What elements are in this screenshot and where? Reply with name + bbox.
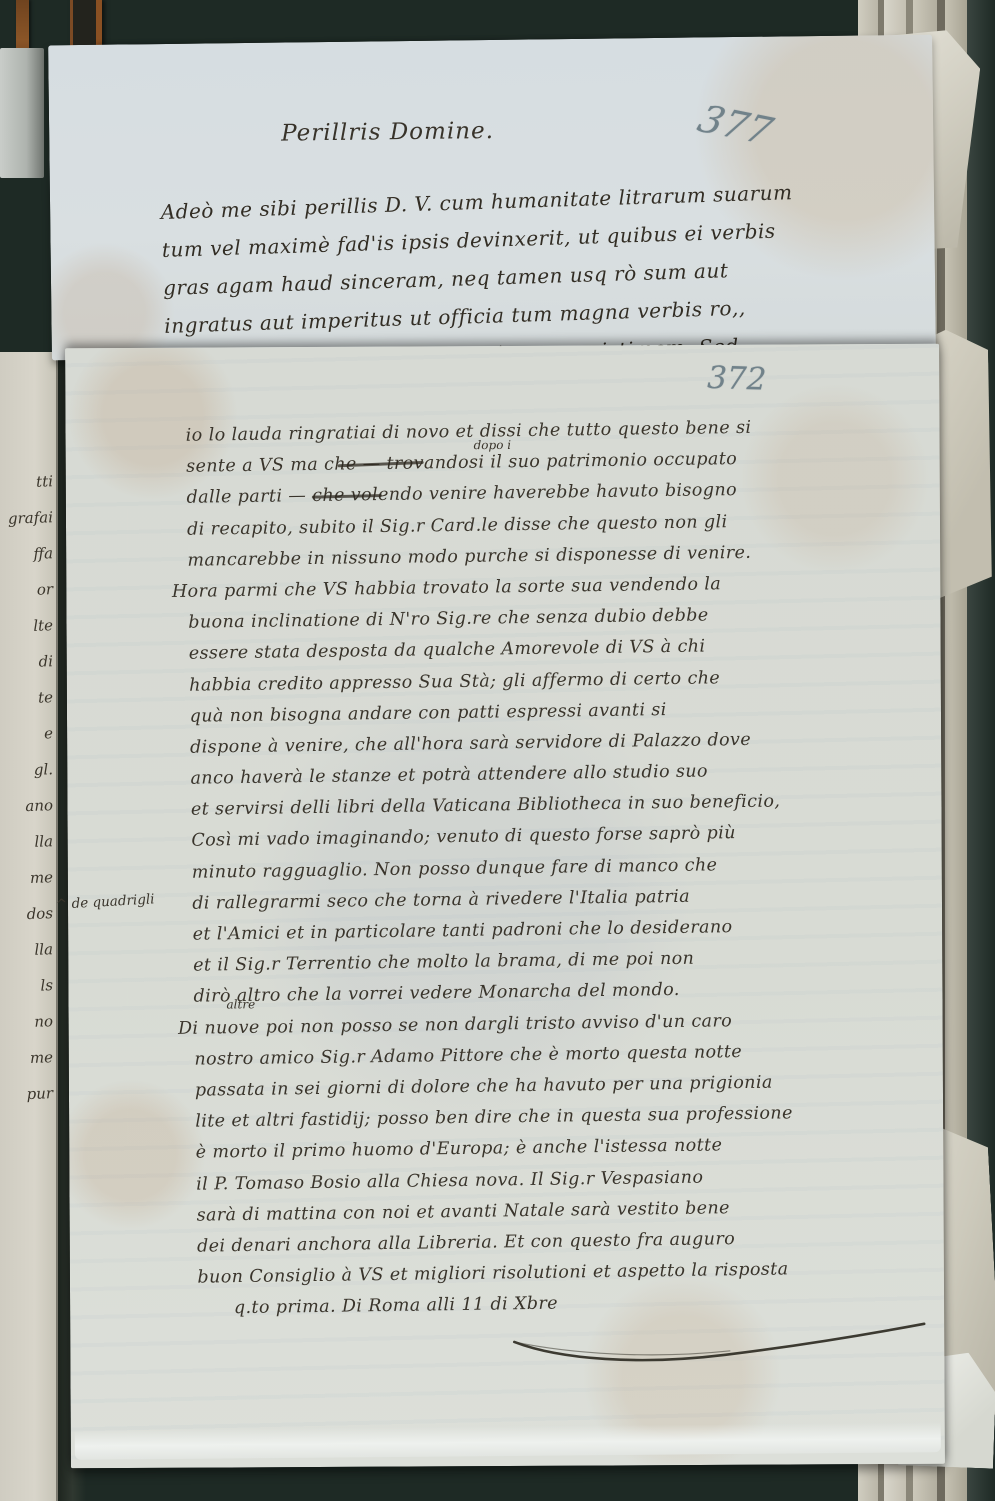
- page-fragment-text: pur: [0, 1075, 59, 1113]
- letter-text-block: io lo lauda ringratiai di novo et dissi …: [186, 411, 899, 1325]
- margin-note: ^ de quadrigli: [56, 891, 155, 913]
- page-fragment-text: or: [0, 571, 59, 609]
- page-fragment-text: no: [0, 1003, 59, 1041]
- page-fragment-text: dos: [0, 895, 59, 933]
- manuscript-photograph: tti grafai ffa or lte di te e gl. ano ll…: [0, 0, 995, 1501]
- top-page-fragment: Perillris Domine. 377 Adeò me sibi peril…: [48, 35, 936, 361]
- main-letter-page: 372 io lo lauda ringratiai di novo et di…: [65, 344, 945, 1469]
- page-fragment-text: e: [0, 715, 59, 753]
- page-fragment-text: grafai: [0, 499, 59, 537]
- page-fragment-text: me: [0, 1039, 59, 1077]
- page-fragment-text: lla: [0, 823, 59, 861]
- page-fragment-text: ls: [0, 967, 59, 1005]
- latin-text-block: Adeò me sibi perillis D. V. cum humanita…: [160, 170, 886, 360]
- interline-insertion: dopo i: [474, 438, 512, 452]
- page-fragment-text: ano: [0, 787, 59, 825]
- page-fragment-text: lla: [0, 931, 59, 969]
- page-bottom-edge: [75, 1422, 941, 1460]
- page-fragment-text: di: [0, 643, 59, 681]
- underlying-page-left-edge: tti grafai ffa or lte di te e gl. ano ll…: [0, 352, 58, 1501]
- page-fragment-text: me: [0, 859, 59, 897]
- letter-heading: Perillris Domine.: [281, 118, 494, 147]
- page-fragment-text: tti: [0, 463, 59, 501]
- signature-flourish: [510, 1316, 930, 1370]
- page-fragment-text: gl.: [0, 751, 59, 789]
- cover-edge: [0, 48, 44, 178]
- page-fragment-text: te: [0, 679, 59, 717]
- page-fragment-text: lte: [0, 607, 59, 645]
- page-fragment-text: ffa: [0, 535, 59, 573]
- interline-insertion: altre: [226, 997, 255, 1011]
- folio-number-pencil: 372: [707, 360, 767, 398]
- folio-number-pencil: 377: [692, 97, 778, 153]
